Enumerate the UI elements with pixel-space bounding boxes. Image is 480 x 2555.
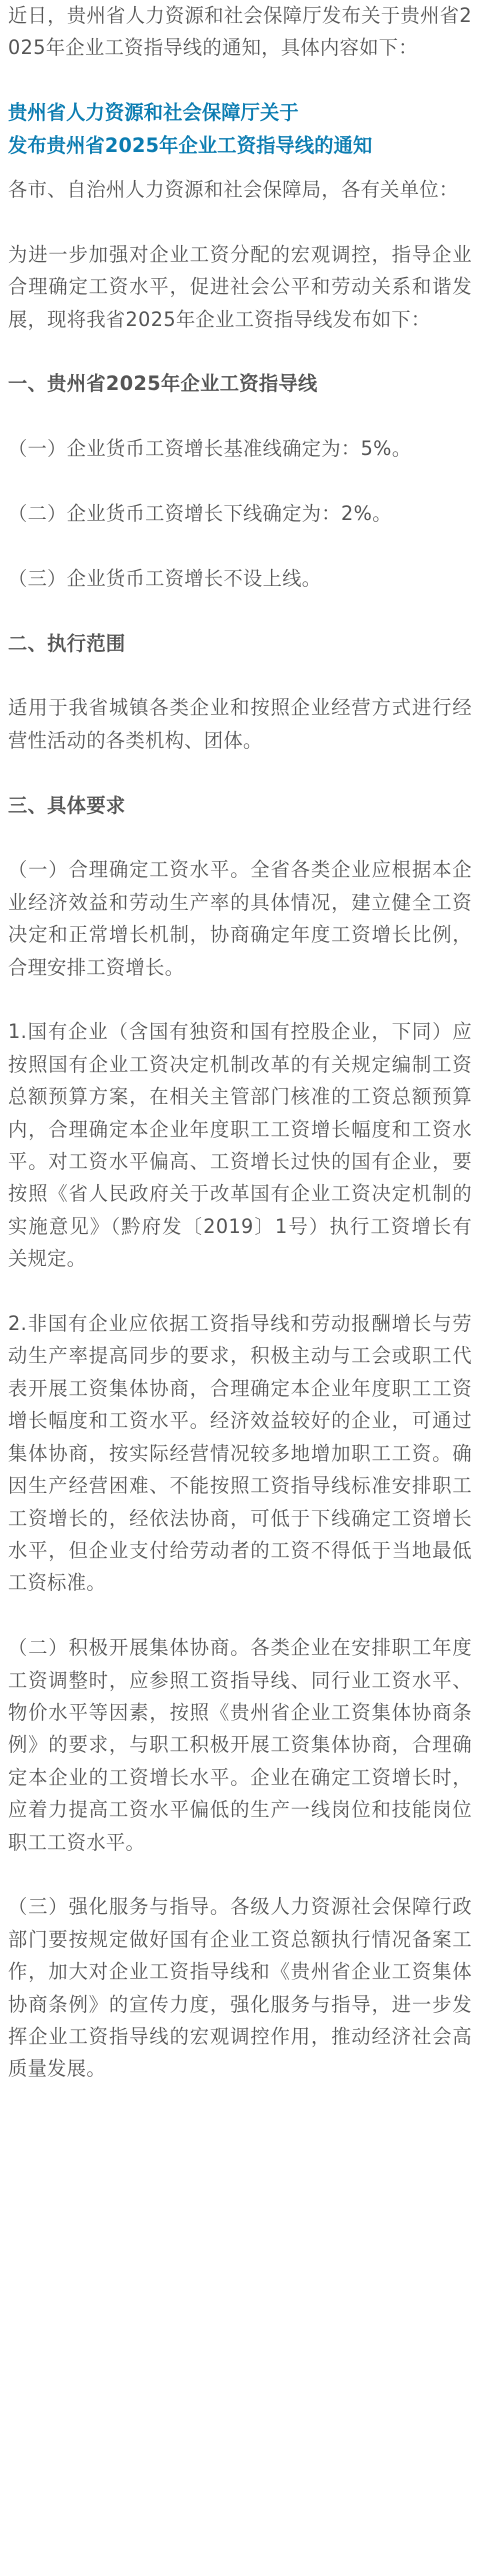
section-1-item-3: （三）企业货币工资增长不设上线。	[8, 563, 472, 595]
spacer	[8, 336, 472, 368]
article-body: 近日，贵州省人力资源和社会保障厅发布关于贵州省2025年企业工资指导线的通知，具…	[0, 0, 480, 2086]
spacer	[8, 466, 472, 498]
section-3-paragraph-3: 2.非国有企业应依据工资指导线和劳动报酬增长与劳动生产率提高同步的要求，积极主动…	[8, 1308, 472, 1600]
section-1-item-2: （二）企业货币工资增长下线确定为：2%。	[8, 498, 472, 530]
section-3-heading: 三、具体要求	[8, 790, 472, 822]
salutation: 各市、自治州人力资源和社会保障局，各有关单位：	[8, 174, 472, 206]
section-2-heading: 二、执行范围	[8, 628, 472, 660]
section-3-paragraph-5: （三）强化服务与指导。各级人力资源社会保障行政部门要按规定做好国有企业工资总额执…	[8, 1891, 472, 2085]
spacer	[8, 1276, 472, 1308]
spacer	[8, 401, 472, 433]
spacer	[8, 65, 472, 97]
notice-title-line-2: 发布贵州省2025年企业工资指导线的通知	[8, 130, 472, 162]
preamble-paragraph: 为进一步加强对企业工资分配的宏观调控，指导企业合理确定工资水平，促进社会公平和劳…	[8, 239, 472, 336]
section-3-paragraph-4: （二）积极开展集体协商。各类企业在安排职工年度工资调整时，应参照工资指导线、同行…	[8, 1632, 472, 1859]
section-3-paragraph-2: 1.国有企业（含国有独资和国有控股企业，下同）应按照国有企业工资决定机制改革的有…	[8, 1016, 472, 1275]
notice-title-line-1: 贵州省人力资源和社会保障厅关于	[8, 97, 472, 129]
spacer	[8, 984, 472, 1016]
section-1-heading: 一、贵州省2025年企业工资指导线	[8, 368, 472, 400]
spacer	[8, 206, 472, 238]
section-3-paragraph-1: （一）合理确定工资水平。全省各类企业应根据本企业经济效益和劳动生产率的具体情况，…	[8, 854, 472, 984]
spacer	[8, 757, 472, 789]
spacer	[8, 1600, 472, 1632]
spacer	[8, 1859, 472, 1891]
spacer	[8, 660, 472, 692]
spacer	[8, 822, 472, 854]
intro-paragraph: 近日，贵州省人力资源和社会保障厅发布关于贵州省2025年企业工资指导线的通知，具…	[8, 0, 472, 65]
section-2-body: 适用于我省城镇各类企业和按照企业经营方式进行经营性活动的各类机构、团体。	[8, 692, 472, 757]
section-1-item-1: （一）企业货币工资增长基准线确定为：5%。	[8, 433, 472, 465]
spacer	[8, 530, 472, 562]
spacer	[8, 595, 472, 627]
